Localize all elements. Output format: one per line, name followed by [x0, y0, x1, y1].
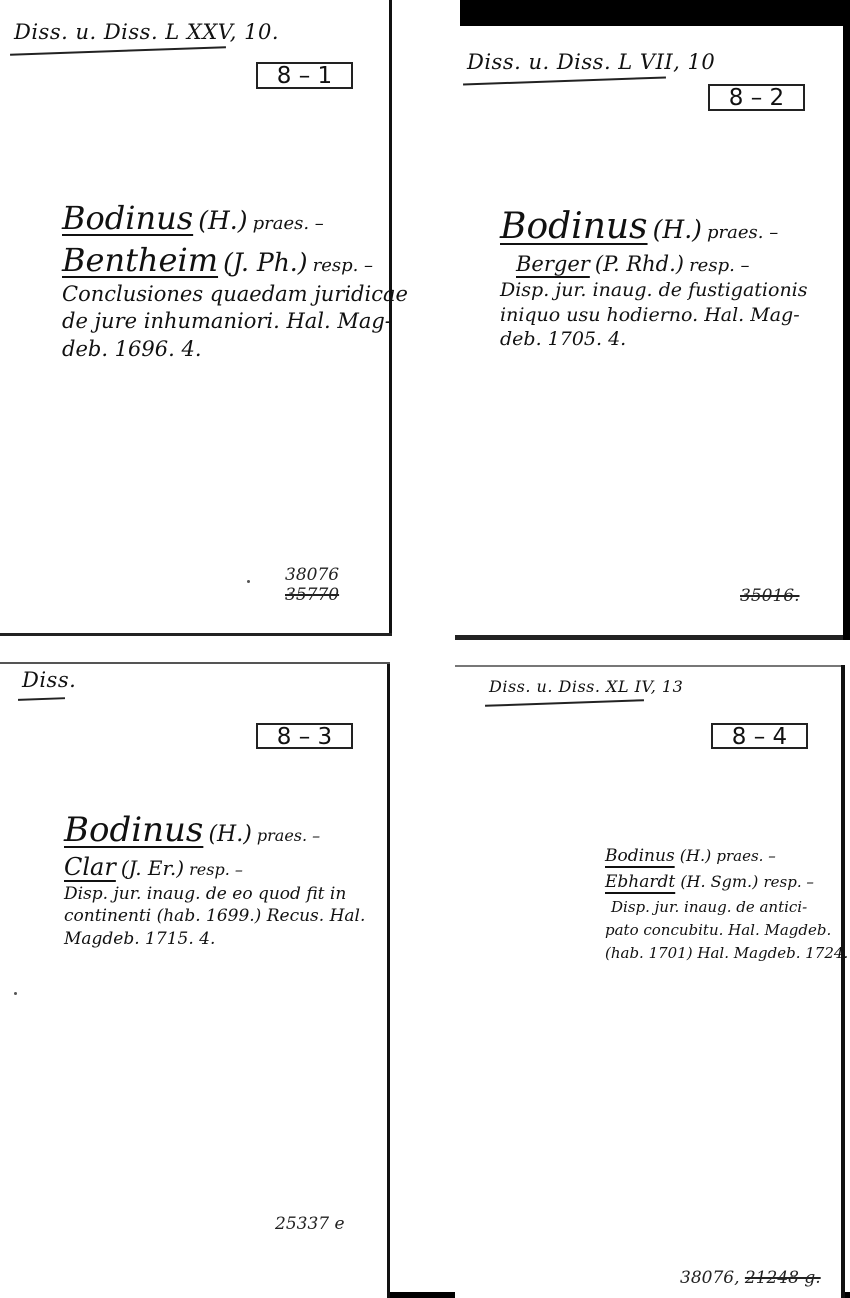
respondent-role: resp. –	[689, 255, 749, 276]
title-line: deb. 1705. 4.	[500, 327, 808, 352]
title-line: de jure inhumaniori. Hal. Mag-	[62, 308, 408, 335]
respondent-name: Clar	[64, 853, 116, 881]
respondent-name: Ebhardt	[605, 872, 675, 892]
signature-current: 25337 e	[275, 1214, 345, 1234]
signature-current: 38076	[285, 565, 339, 585]
card-edge	[841, 665, 845, 1298]
praeses-initials: (H.)	[653, 215, 702, 244]
shelfmark: Diss.	[22, 668, 76, 692]
praeses-initials: (H.)	[208, 822, 251, 847]
catalog-card-1: Diss. u. Diss. L XXV, 10. 8 – 1 Bodinus …	[0, 0, 392, 636]
card-number-box: 8 – 4	[711, 723, 808, 749]
title-line: Disp. jur. inaug. de fustigationis	[500, 278, 808, 303]
title-line: (hab. 1701) Hal. Magdeb. 1724. 4°	[605, 942, 850, 965]
card-edge	[0, 633, 392, 636]
catalog-card-3: Diss. 8 – 3 Bodinus (H.) praes. – Clar (…	[0, 662, 390, 1298]
signature-block: 38076 35770	[285, 565, 339, 606]
speck	[247, 580, 250, 583]
catalog-entry: Bodinus (H.) praes. – Clar (J. Er.) resp…	[64, 808, 365, 950]
card-number-box: 8 – 1	[256, 62, 353, 89]
card-edge	[0, 662, 390, 664]
catalog-entry: Bodinus (H.) praes. – Ebhardt (H. Sgm.) …	[605, 843, 850, 965]
scan-border-top-right	[460, 0, 850, 26]
title-line: Disp. jur. inaug. de antici-	[605, 896, 850, 919]
praeses-role: praes. –	[257, 826, 320, 845]
title-line: Conclusiones quaedam juridicae	[62, 281, 408, 308]
title-line: iniquo usu hodierno. Hal. Mag-	[500, 303, 808, 328]
praeses-name: Bodinus	[62, 199, 193, 237]
praeses-name: Bodinus	[64, 810, 203, 850]
respondent-role: resp. –	[313, 255, 373, 276]
praeses-role: praes. –	[253, 213, 324, 234]
title-line: Disp. jur. inaug. de eo quod fit in	[64, 883, 365, 905]
speck	[14, 992, 17, 995]
card-edge	[455, 665, 841, 667]
respondent-initials: (J. Er.)	[121, 856, 184, 880]
scan-border-right	[843, 0, 850, 640]
shelfmark: Diss. u. Diss. L VII, 10	[467, 50, 715, 74]
signature-block: 25337 e	[275, 1214, 345, 1234]
signature-old: 35016.	[740, 586, 799, 606]
respondent-initials: (J. Ph.)	[223, 248, 307, 277]
praeses-initials: (H.)	[198, 206, 247, 235]
signature-block: 38076, 21248 g.	[680, 1268, 821, 1288]
praeses-role: praes. –	[716, 847, 775, 865]
card-number-box: 8 – 2	[708, 84, 805, 111]
respondent-role: resp. –	[189, 860, 243, 879]
catalog-entry: Bodinus (H.) praes. – Bentheim (J. Ph.) …	[62, 198, 408, 363]
card-number-box: 8 – 3	[256, 723, 353, 749]
signature-old: 21248 g.	[745, 1268, 821, 1288]
signature-current: 38076,	[680, 1268, 739, 1288]
signature-block: 35016.	[740, 586, 799, 606]
title-line: pato concubitu. Hal. Magdeb.	[605, 919, 850, 942]
shelfmark: Diss. u. Diss. XL IV, 13	[489, 677, 683, 696]
respondent-role: resp. –	[763, 873, 813, 891]
title-line: deb. 1696. 4.	[62, 336, 408, 363]
respondent-name: Bentheim	[62, 241, 218, 279]
catalog-entry: Bodinus (H.) praes. – Berger (P. Rhd.) r…	[500, 204, 808, 352]
card-edge	[387, 662, 390, 1298]
catalog-card-2: Diss. u. Diss. L VII, 10 8 – 2 Bodinus (…	[455, 26, 843, 640]
praeses-initials: (H.)	[680, 846, 712, 865]
praeses-name: Bodinus	[605, 846, 675, 866]
praeses-name: Bodinus	[500, 206, 648, 247]
signature-old: 35770	[285, 585, 339, 605]
praeses-role: praes. –	[707, 222, 778, 243]
title-line: continenti (hab. 1699.) Recus. Hal.	[64, 905, 365, 927]
catalog-card-4: Diss. u. Diss. XL IV, 13 8 – 4 Bodinus (…	[455, 665, 845, 1298]
respondent-name: Berger	[516, 252, 590, 276]
card-edge	[455, 635, 843, 640]
respondent-initials: (P. Rhd.)	[595, 252, 684, 276]
shelfmark: Diss. u. Diss. L XXV, 10.	[14, 20, 279, 44]
title-line: Magdeb. 1715. 4.	[64, 928, 365, 950]
respondent-initials: (H. Sgm.)	[680, 872, 758, 891]
